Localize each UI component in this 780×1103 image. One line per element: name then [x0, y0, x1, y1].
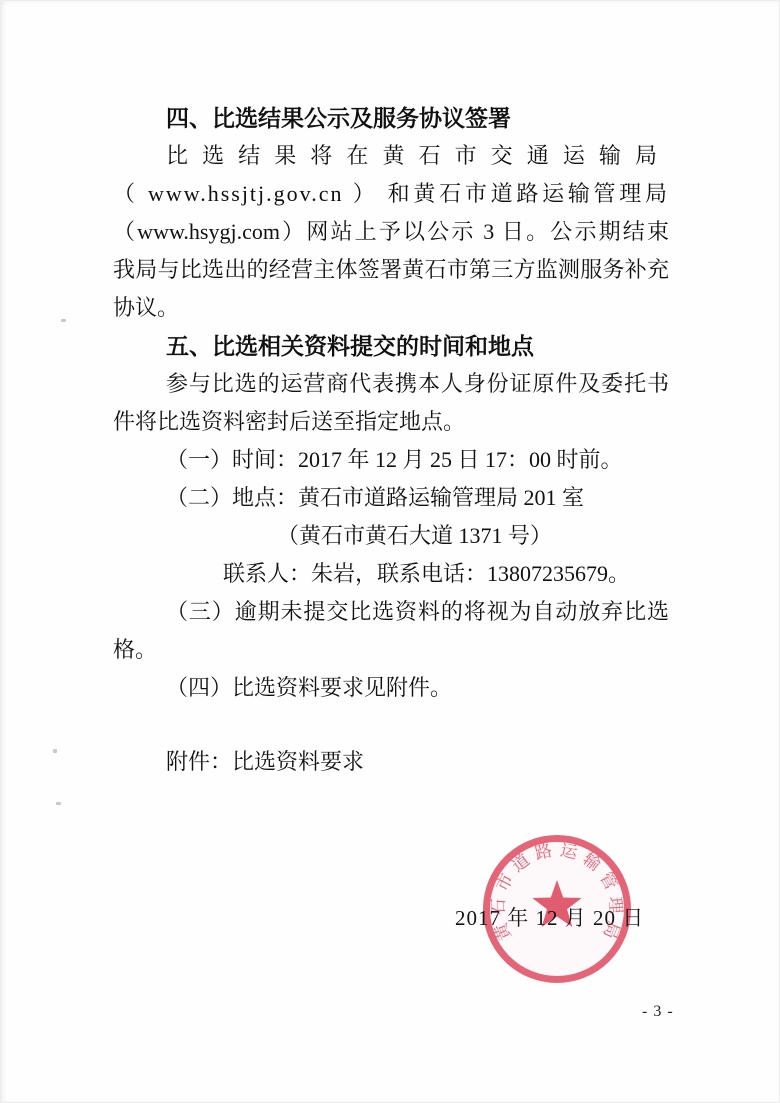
section4-line: （ www.hssjtj.gov.cn ） 和黄石市道路运输管理局 [113, 175, 669, 213]
document-page: 四、比选结果公示及服务协议签署 比选结果将在黄石市交通运输局 （ www.hss… [0, 0, 780, 1103]
document-date: 2017 年 12 月 20 日 [455, 902, 644, 932]
scan-speck [56, 802, 61, 805]
document-body: 四、比选结果公示及服务协议签署 比选结果将在黄石市交通运输局 （ www.hss… [113, 99, 669, 781]
section5-item-contact: 联系人：朱岩，联系电话：13807235679。 [113, 555, 669, 593]
section5-item-attachment-ref: （四）比选资料要求见附件。 [113, 669, 669, 707]
section5-intro-line: 参与比选的运营商代表携本人身份证原件及委托书原 [113, 365, 669, 403]
section5-item-address: （黄石市黄石大道 1371 号） [113, 517, 669, 555]
section4-heading: 四、比选结果公示及服务协议签署 [113, 99, 669, 137]
section5-item-overdue-cont: 格。 [113, 631, 669, 669]
section5-item-overdue: （三）逾期未提交比选资料的将视为自动放弃比选资 [113, 593, 669, 631]
attachment-line: 附件：比选资料要求 [113, 743, 669, 781]
section5-heading: 五、比选相关资料提交的时间和地点 [113, 327, 669, 365]
section5-intro-line: 件将比选资料密封后送至指定地点。 [113, 403, 669, 441]
section4-line: 我局与比选出的经营主体签署黄石市第三方监测服务补充 [113, 251, 669, 289]
section5-item-place: （二）地点：黄石市道路运输管理局 201 室 [113, 479, 669, 517]
scan-speck [61, 319, 66, 322]
scan-speck [53, 749, 57, 753]
section4-line: 比选结果将在黄石市交通运输局 [113, 137, 669, 175]
section4-line: （www.hsygj.com）网站上予以公示 3 日。公示期结束后， [113, 213, 669, 251]
page-number: - 3 - [642, 1003, 674, 1021]
section4-line: 协议。 [113, 289, 669, 327]
blank-line [113, 707, 669, 743]
section5-item-time: （一）时间：2017 年 12 月 25 日 17：00 时前。 [113, 441, 669, 479]
